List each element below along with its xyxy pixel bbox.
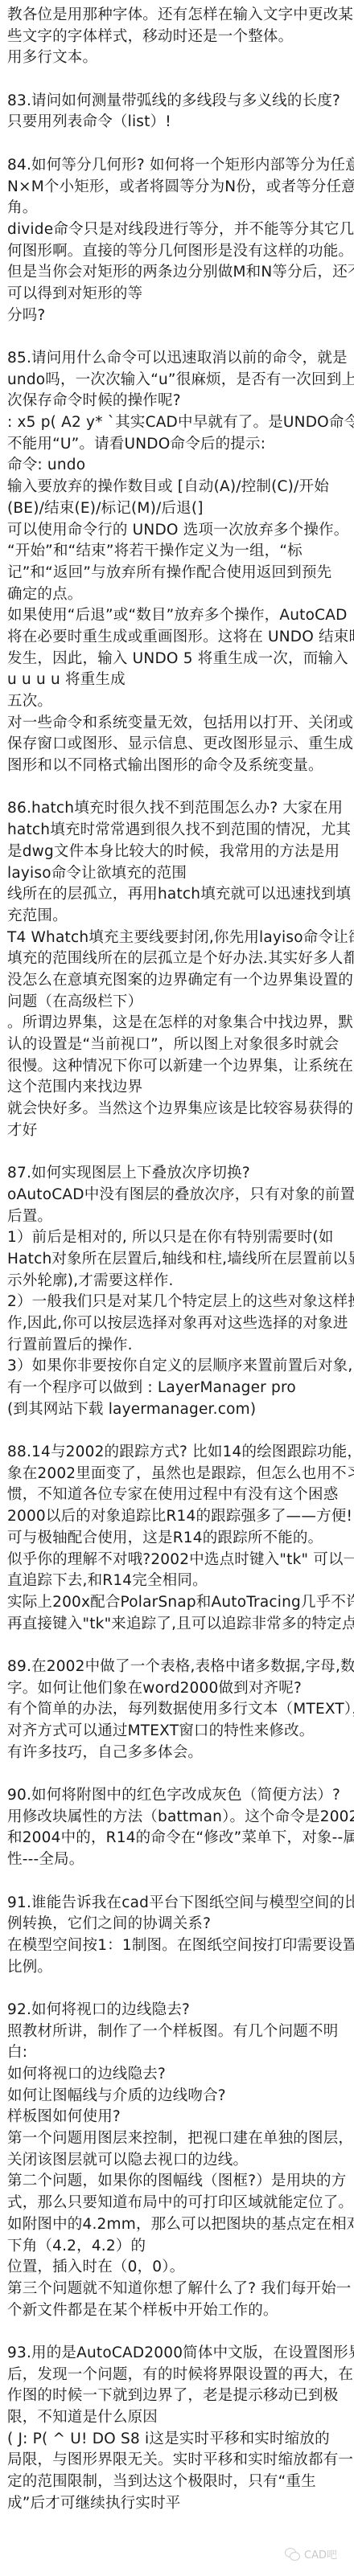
watermark: CAD吧 xyxy=(285,2546,337,2562)
document-body: 教各位是用那种字体。还有怎样在输入文字中更改某些文字的字体样式，移动时还是一个整… xyxy=(7,5,352,2514)
text-line: : x5 p( A2 y* `其实CAD中早就有了。是UNDO命令， xyxy=(7,412,352,434)
text-line: 87.如何实现图层上下叠放次序切换? xyxy=(7,1163,352,1185)
text-line: 位置，插入时在（0，0）。 xyxy=(7,2257,352,2279)
text-line: 85.请问用什么命令可以迅速取消以前的命令，就是 xyxy=(7,348,352,370)
text-line: 性---全局。 xyxy=(7,1849,352,1871)
text-line: 86.hatch填充时很久找不到范围怎么办? 大家在用 xyxy=(7,798,352,820)
blank-line xyxy=(7,69,352,91)
text-line: 这个范围内来找边界 xyxy=(7,1077,352,1099)
blank-line xyxy=(7,1141,352,1163)
text-line: 后，发现一个问题，有的时候将界限设置的再大，在 xyxy=(7,2365,352,2386)
text-line: 3）如果你非要按你自定义的层顺序来置前置后对象, xyxy=(7,1356,352,1378)
text-line: 式，那么只要知道布局中的可打印区域就能定位了。 xyxy=(7,2193,352,2214)
blank-line xyxy=(7,326,352,348)
text-line: 91.谁能告诉我在cad平台下图纸空间与模型空间的比 xyxy=(7,1893,352,1915)
text-line: 似乎你的理解不对哦?2002中选点时键入"tk" 可以一 xyxy=(7,1550,352,1571)
text-line: 样板图如何使用? xyxy=(7,2107,352,2128)
text-line: 对一些命令和系统变量无效，包括用以打开、关闭或 xyxy=(7,713,352,735)
text-line: (BE)/结束(E)/标记(M)/后退(] xyxy=(7,498,352,520)
text-line: 很慢。这种情况下你可以新建一个边界集，让系统在 xyxy=(7,1056,352,1078)
text-line: 83.请问如何测量带弧线的多线段与多义线的长度? xyxy=(7,91,352,113)
text-line: 1）前后是相对的, 所以只是在你有特别需要时(如 xyxy=(7,1227,352,1249)
text-line: 命令: undo xyxy=(7,455,352,477)
text-line: 有许多技巧，自己多多体会。 xyxy=(7,1743,352,1764)
blank-line xyxy=(7,777,352,799)
text-line: 对齐方式可以通过MTEXT窗口的特性来修改。 xyxy=(7,1721,352,1743)
text-line: Hatch对象所在层置后,轴线和柱,墙线所在层置前以显 xyxy=(7,1249,352,1271)
blank-line xyxy=(7,1635,352,1657)
text-line: 。所谓边界集，这是在怎样的对象集合中找边界，默 xyxy=(7,1013,352,1034)
blank-line xyxy=(7,133,352,155)
text-line: 才好 xyxy=(7,1120,352,1142)
text-line: 次保存命令时候的操作呢? xyxy=(7,391,352,412)
text-line: 如何将视口的边线隐去? xyxy=(7,2064,352,2086)
text-line: 就会快好多。当然这个边界集应该是比较容易获得的 xyxy=(7,1099,352,1120)
text-line: 2）一般我们只是对某几个特定层上的这些对象这样操 xyxy=(7,1292,352,1313)
text-line: 作,因此,你可以按层选择对象再对这些选择的对象进 xyxy=(7,1313,352,1335)
text-line: 五次。 xyxy=(7,691,352,713)
text-line: 惯，不知道各位专家在使用过程中有没有这个困惑 xyxy=(7,1485,352,1506)
text-line: 字。如何让他们象在word2000做到对齐呢? xyxy=(7,1678,352,1700)
text-line: 第一个问题用图层来控制，把视口建在单独的图层， xyxy=(7,2128,352,2150)
text-line: N×M个小矩形，或者将圆等分为N份，或者等分任意 xyxy=(7,177,352,199)
text-line: 充范围。 xyxy=(7,906,352,928)
text-line: undo吗，一次次输入“u”很麻烦，是否有一次回到上 xyxy=(7,370,352,391)
text-line: 白: xyxy=(7,2042,352,2064)
text-line: 有个简单的办法，每列数据使用多行文本（MTEXT）， xyxy=(7,1699,352,1721)
text-line: 只要用列表命令（list）! xyxy=(7,112,352,133)
text-line: 作图的时候一下就到边界了，老是提示移动已到极 xyxy=(7,2386,352,2407)
text-line: 用修改块属性的方法（battman）。这个命令是2002 xyxy=(7,1807,352,1829)
text-line: 认的设置是“当前视口”，所以图上对象很多时就会 xyxy=(7,1034,352,1056)
text-line: 实际上200x配合PolarSnap和AutoTracing几乎不许要 xyxy=(7,1592,352,1614)
blank-line xyxy=(7,1978,352,2000)
text-line: 发生，因此，输入 UNDO 5 将重生成一次，而输入 u xyxy=(7,649,352,670)
blank-line xyxy=(7,2321,352,2343)
text-line: ( J: P( ^ U! DO S8 i这是实时平移和实时缩放的 xyxy=(7,2429,352,2451)
text-line: 89.在2002中做了一个表格,表格中诸多数据,字母,数 xyxy=(7,1657,352,1678)
text-line: 填充的范围线所在的层孤立是个好办法.其实好多人都 xyxy=(7,948,352,970)
text-line: 有一个程序可以做到 : LayerManager pro xyxy=(7,1378,352,1399)
text-line: 定的范围限制，当到达这个极限时，只有“重生 xyxy=(7,2472,352,2493)
text-line: 成”后才可继续执行实时平 xyxy=(7,2493,352,2515)
text-line: 92.如何将视口的边线隐去? xyxy=(7,2000,352,2021)
text-line: 用多行文本。 xyxy=(7,47,352,69)
text-line: 比例。 xyxy=(7,1957,352,1979)
text-line: 如何让图幅线与介质的边线吻合? xyxy=(7,2086,352,2107)
text-line: 教各位是用那种字体。还有怎样在输入文字中更改某 xyxy=(7,5,352,27)
text-line: 输入要放弃的操作数目或 [自动(A)/控制(C)/开始 xyxy=(7,477,352,498)
text-line: 第二个问题，如果你的图幅线（图框?）是用块的方 xyxy=(7,2171,352,2193)
text-line: 但是当你会对矩形的两条边分别做M和N等分后，还不 xyxy=(7,262,352,284)
blank-line xyxy=(7,1871,352,1893)
text-line: 可与极轴配合使用，这是R14的跟踪所不能的。 xyxy=(7,1528,352,1550)
text-line: 和2004中的，R14的命令在“修改”菜单下，对象--属 xyxy=(7,1828,352,1849)
text-line: 行置前置后的操作. xyxy=(7,1335,352,1357)
text-line: 确定的点。 xyxy=(7,584,352,606)
text-line: 没怎么在意填充图案的边界确定有一个边界集设置的 xyxy=(7,970,352,992)
text-line: 如附图中的4.2mm，那么可以把图块的基点定在相对左 xyxy=(7,2214,352,2236)
text-line: 关闭该图层就可以隐去视口的边线。 xyxy=(7,2150,352,2172)
text-line: divide命令只是对线段进行等分，并不能等分其它几 xyxy=(7,219,352,241)
text-line: 88.14与2002的跟踪方式? 比如14的绘图跟踪功能，好 xyxy=(7,1442,352,1464)
text-line: 将在必要时重生成或重画图形。这将在 UNDO 结束时 xyxy=(7,627,352,649)
text-line: 照教材所讲，制作了一个样板图。有几个问题不明 xyxy=(7,2021,352,2043)
text-line: 角。 xyxy=(7,198,352,219)
text-line: 2000以后的对象追踪比R14的跟踪强多了——方便! 还 xyxy=(7,1506,352,1528)
text-line: 何图形啊。直接的等分几何图形是没有这样的功能。 xyxy=(7,241,352,263)
text-line: (到其网站下载 layermanager.com) xyxy=(7,1399,352,1421)
text-line: 象在2002里面变了，虽然也是跟踪，但怎么也用不习 xyxy=(7,1464,352,1485)
watermark-label: CAD吧 xyxy=(304,2546,337,2562)
text-line: 再直接键入"tk"来追踪了,且可以追踪非常多的特定点 xyxy=(7,1614,352,1636)
text-line: 问题（在高级栏下） xyxy=(7,992,352,1014)
wechat-icon xyxy=(285,2548,299,2560)
text-line: 限，不知道是什么原因 xyxy=(7,2407,352,2429)
text-line: 些文字的字体样式，移动时还是一个整体。 xyxy=(7,27,352,48)
text-line: 分吗? xyxy=(7,305,352,327)
text-line: 线所在的层孤立，再用hatch填充就可以迅速找到填 xyxy=(7,884,352,906)
text-line: 不能用“U”。请看UNDO命令后的提示: xyxy=(7,434,352,456)
text-line: 可以使用命令行的 UNDO 选项一次放弃多个操作。 xyxy=(7,520,352,542)
text-line: hatch填充时常常遇到很久找不到范围的情况，尤其 xyxy=(7,820,352,842)
text-line: 示外轮廓),才需要这样作. xyxy=(7,1271,352,1292)
text-line: 可以得到对矩形的等 xyxy=(7,284,352,305)
text-line: 在模型空间按1：1制图。在图纸空间按打印需要设置 xyxy=(7,1935,352,1957)
text-line: 保存窗口或图形、显示信息、更改图形显示、重生成 xyxy=(7,734,352,756)
text-line: 84.如何等分几何形? 如何将一个矩形内部等分为任意 xyxy=(7,155,352,177)
text-line: 是dwg文件本身比较大的时候，我常用的方法是用 xyxy=(7,842,352,863)
blank-line xyxy=(7,1763,352,1785)
text-line: 直追踪下去,和R14完全相同。 xyxy=(7,1571,352,1592)
text-line: 第三个问题就不知道你想了解什么了? 我们每开始一 xyxy=(7,2279,352,2300)
text-line: u u u u 将重生成 xyxy=(7,670,352,691)
text-line: T4 Whatch填充主要线要封闭,你先用layiso命令让欲 xyxy=(7,928,352,949)
text-line: 90.如何将附图中的红色字改成灰色（简便方法）? xyxy=(7,1785,352,1807)
text-line: layiso命令让欲填充的范围 xyxy=(7,863,352,885)
text-line: 如果使用“后退”或“数目”放弃多个操作，AutoCAD xyxy=(7,605,352,627)
blank-line xyxy=(7,1420,352,1442)
text-line: 下角（4.2，4.2）的 xyxy=(7,2236,352,2258)
text-line: 记”和“返回”与放弃所有操作配合使用返回到预先 xyxy=(7,563,352,584)
text-line: oAutoCAD中没有图层的叠放次序，只有对象的前置与 xyxy=(7,1185,352,1206)
text-line: 个新文件都是在某个样板中开始工作的。 xyxy=(7,2300,352,2322)
text-line: 局限，与图形界限无关。实时平移和实时缩放都有一 xyxy=(7,2450,352,2472)
text-line: 图形和以不同格式输出图形的命令及系统变量。 xyxy=(7,756,352,777)
text-line: 例转换，它们之间的协调关系? xyxy=(7,1914,352,1935)
text-line: “开始”和“结束”将若干操作定义为一组，“标 xyxy=(7,541,352,563)
text-line: 后置。 xyxy=(7,1206,352,1228)
text-line: 93.用的是AutoCAD2000简体中文版，在设置图形界限 xyxy=(7,2343,352,2365)
